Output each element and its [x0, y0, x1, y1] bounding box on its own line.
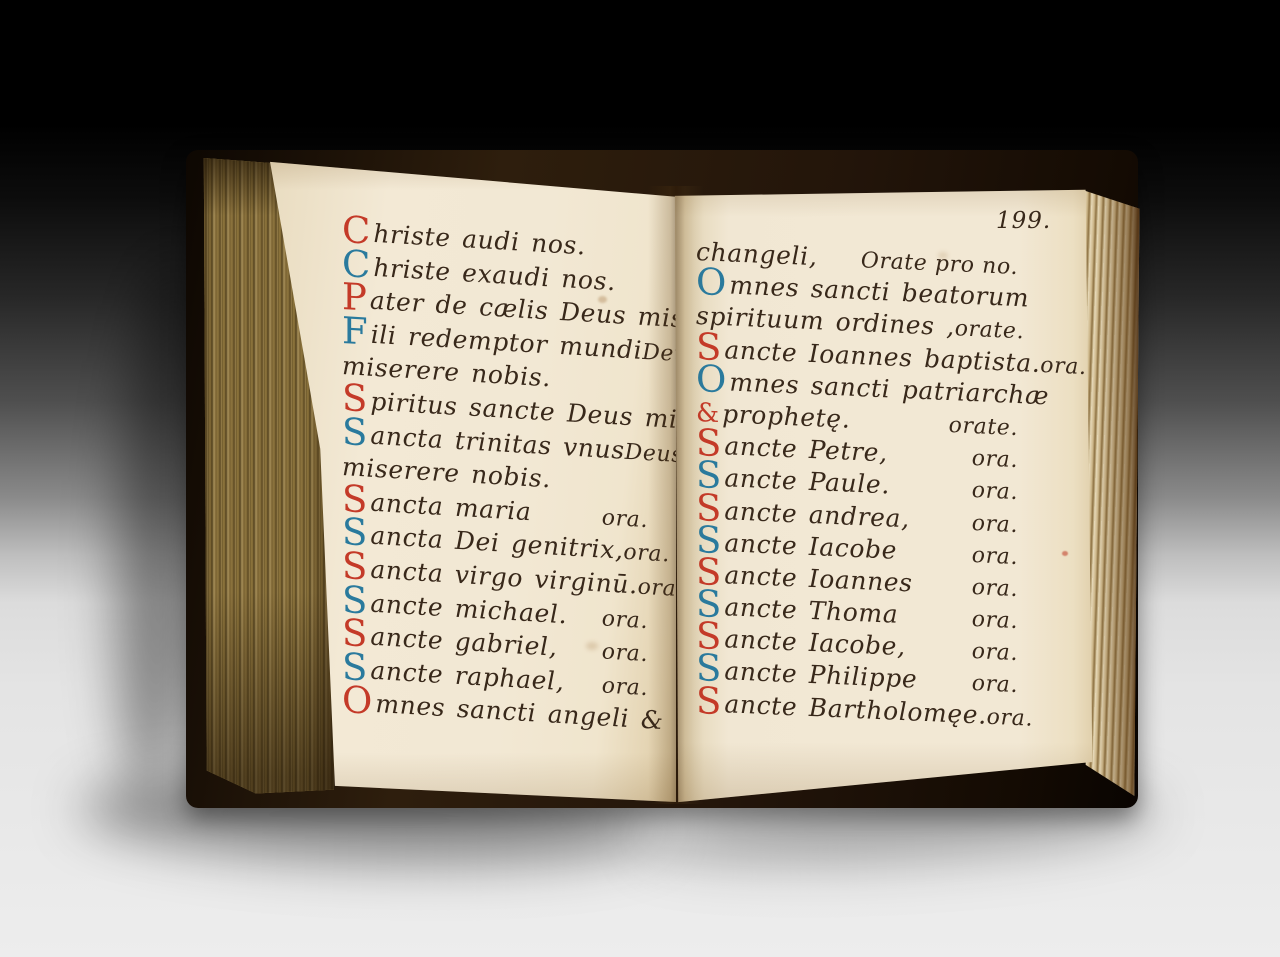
illuminated-initial: S [342, 623, 367, 645]
illuminated-initial: S [342, 556, 367, 578]
line-response: ora. [602, 502, 648, 537]
photo-stage: Christe audi nos.Christe exaudi nos.Pate… [0, 0, 1280, 957]
illuminated-initial: S [696, 658, 721, 679]
line-response: ora. [972, 443, 1018, 477]
illuminated-initial: C [342, 254, 370, 276]
line-response: ora. [972, 572, 1018, 606]
illuminated-initial: S [342, 422, 367, 444]
line-response: orate. [949, 410, 1018, 445]
illuminated-initial: S [696, 337, 721, 358]
illuminated-initial: S [696, 594, 721, 615]
illuminated-initial: O [696, 272, 726, 293]
line-response: ora. [602, 670, 648, 705]
illuminated-initial: F [342, 321, 368, 343]
line-response: Deus [625, 436, 684, 471]
illuminated-initial: S [342, 489, 367, 511]
illuminated-initial: S [696, 562, 721, 583]
line-response: ora. [1040, 350, 1086, 384]
line-response: ora. [972, 475, 1018, 509]
illuminated-initial: S [342, 388, 367, 410]
illuminated-initial: S [342, 522, 367, 544]
line-response: ora. [972, 604, 1018, 638]
illuminated-initial: S [342, 657, 367, 679]
right-page: 199. changeli,Orate pro no.Omnes sancti … [674, 186, 1094, 804]
illuminated-initial: S [696, 498, 721, 519]
illuminated-initial: O [696, 369, 726, 390]
line-response: ora. [972, 508, 1018, 542]
line-response: ora. [602, 603, 648, 638]
right-page-text: changeli,Orate pro no.Omnes sancti beato… [696, 236, 1018, 733]
illuminated-initial: S [696, 465, 721, 486]
illuminated-initial: S [696, 626, 721, 647]
line-response: ora. [602, 637, 648, 672]
illuminated-initial: S [696, 530, 721, 551]
line-response: ora. [623, 537, 669, 572]
illuminated-initial: S [342, 590, 367, 612]
line-text: prophetę. [722, 398, 850, 436]
illuminated-initial: C [342, 220, 370, 242]
line-response: ora. [972, 636, 1018, 670]
left-page-text: Christe audi nos.Christe exaudi nos.Pate… [342, 216, 648, 738]
line-response: ora. [987, 701, 1033, 735]
line-response: ora. [972, 540, 1018, 574]
illuminated-initial: P [342, 287, 367, 308]
illuminated-initial: S [696, 691, 721, 712]
line-response: ora. [972, 668, 1018, 702]
illuminated-initial: O [342, 690, 372, 712]
page-number: 199. [996, 208, 1051, 234]
illuminated-initial: S [696, 433, 721, 454]
